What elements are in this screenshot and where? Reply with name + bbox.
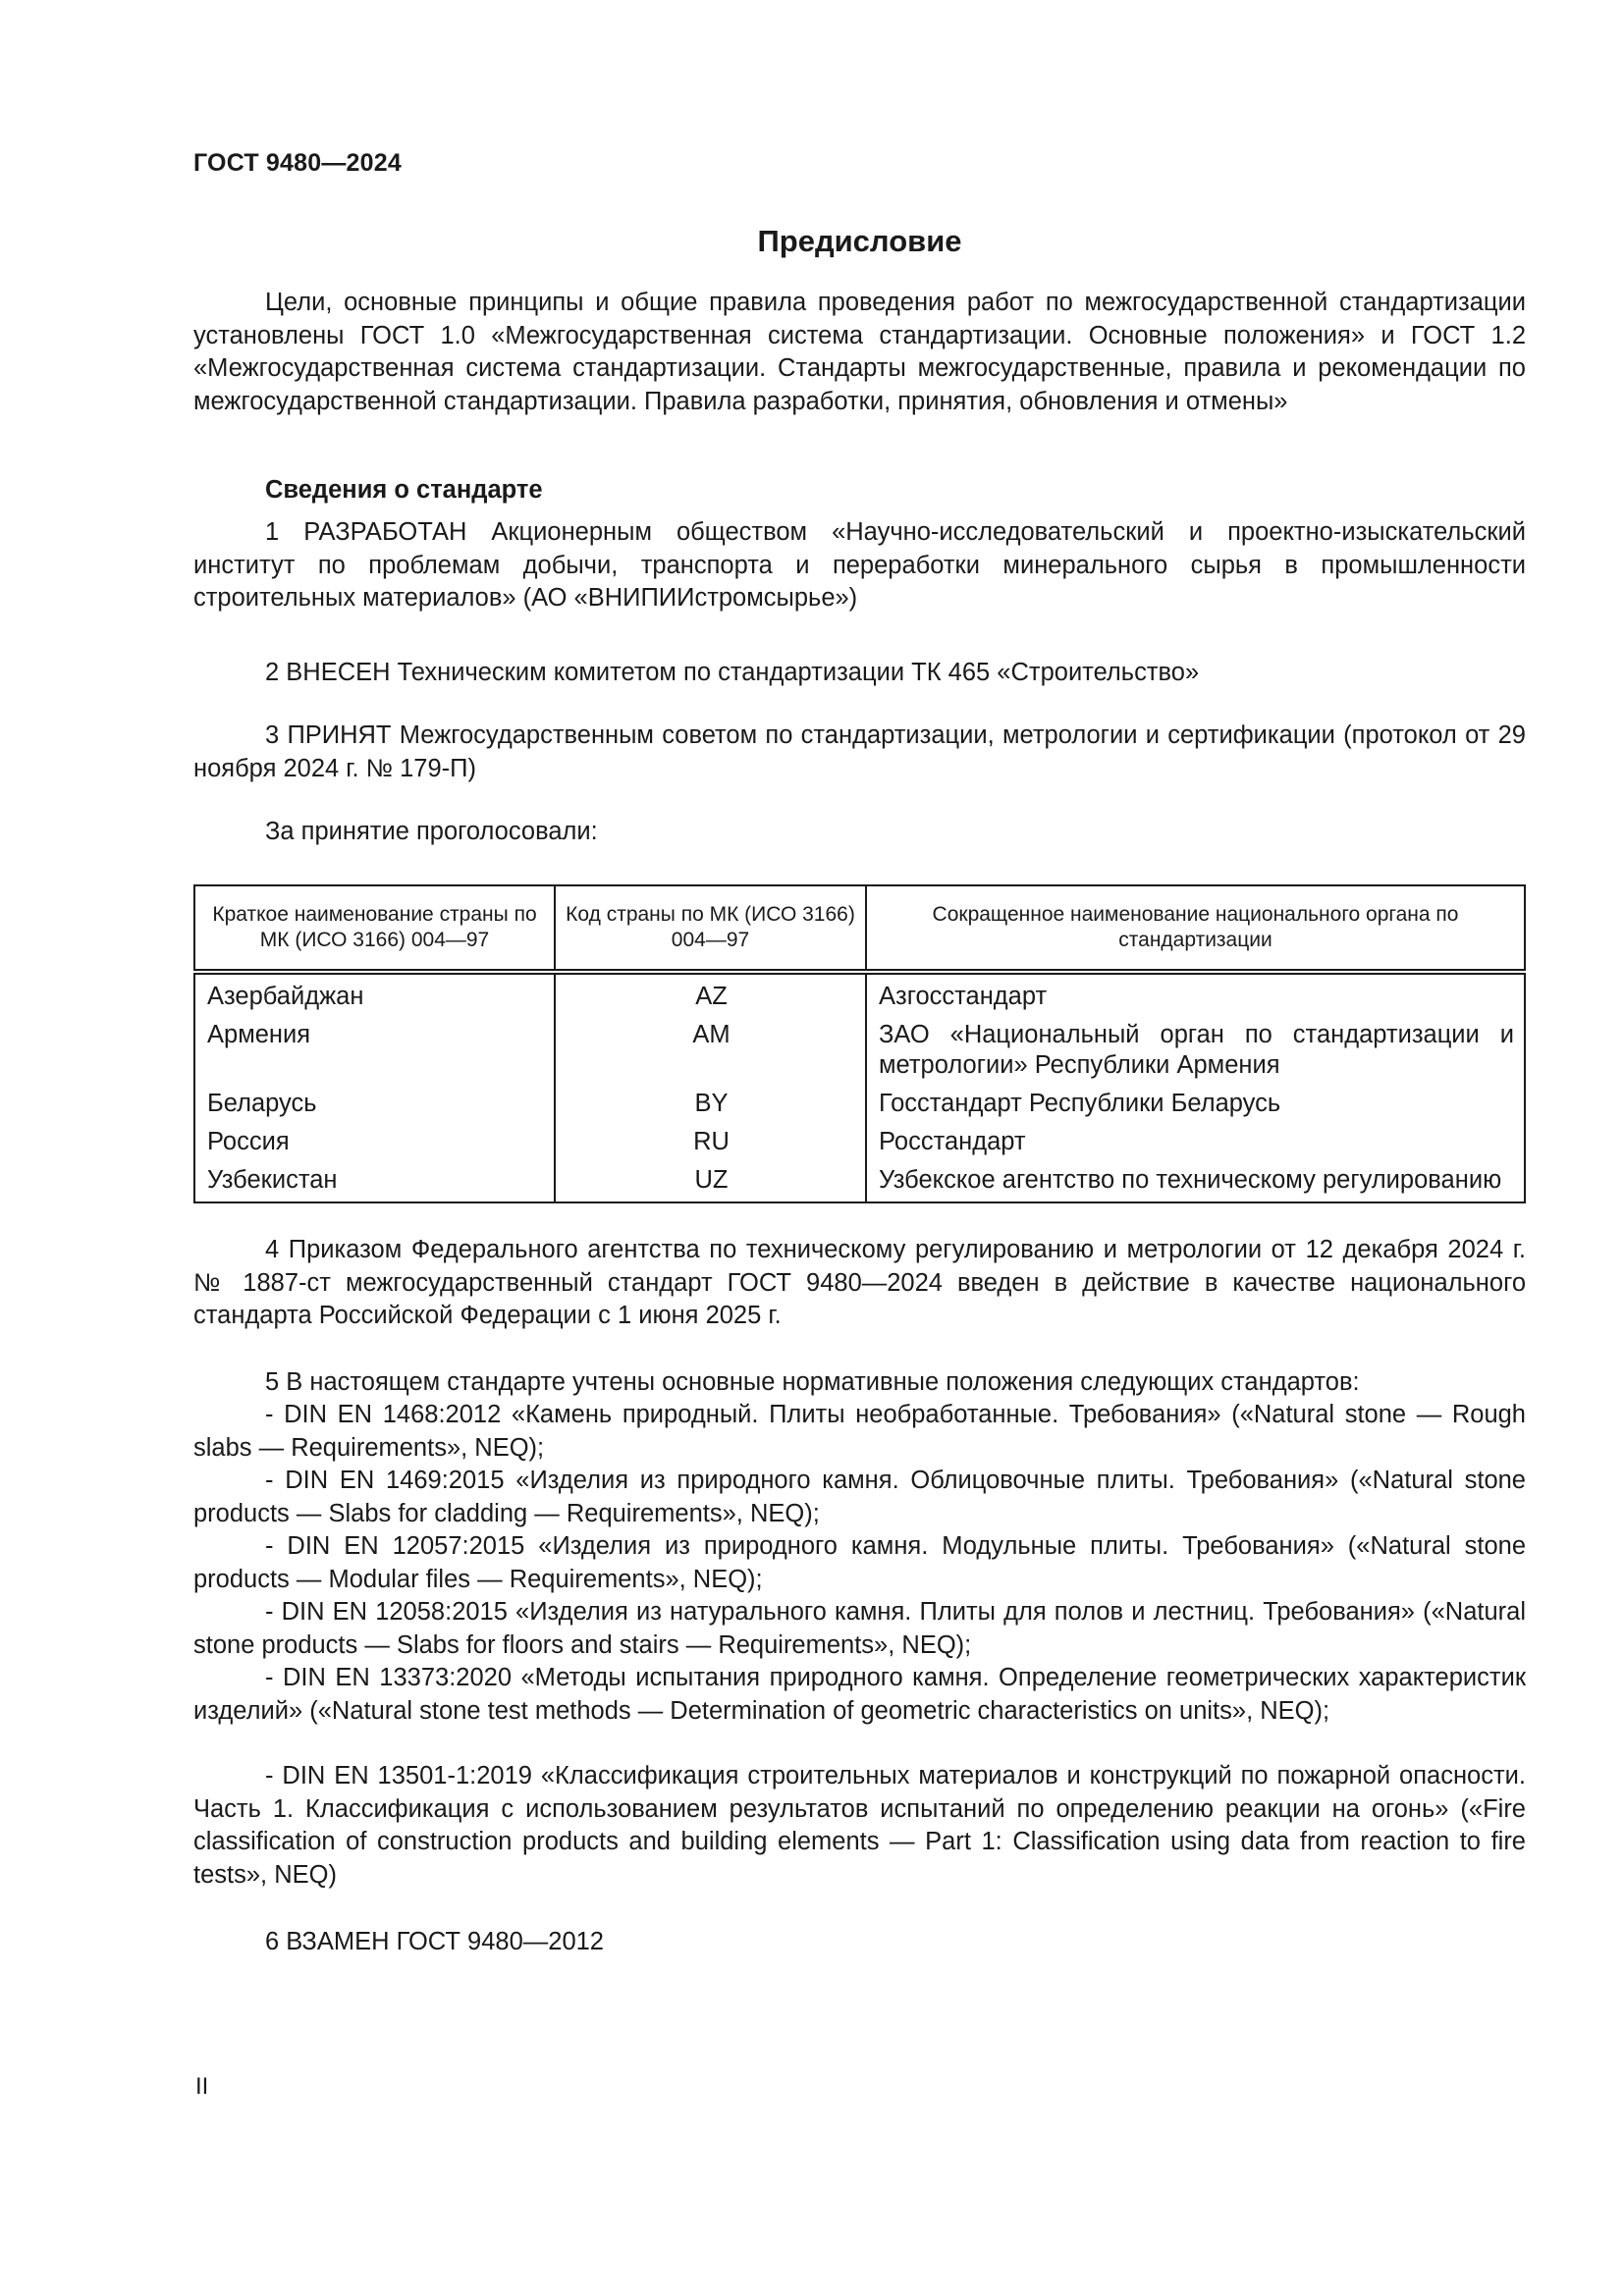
cell-standards-body: Росстандарт <box>866 1123 1525 1161</box>
document-code: ГОСТ 9480—2024 <box>193 149 402 178</box>
page-number: II <box>195 2073 208 2101</box>
item-2-submitted-by: 2 ВНЕСЕН Техническим комитетом по станда… <box>193 657 1526 690</box>
referenced-standard-item: - DIN EN 13373:2020 «Методы испытания пр… <box>193 1662 1526 1728</box>
voting-countries-table: Краткое наименование страны по МК (ИСО 3… <box>193 884 1526 1203</box>
referenced-standard-item: - DIN EN 1468:2012 «Камень природный. Пл… <box>193 1399 1526 1465</box>
voted-label: За принятие проголосовали: <box>193 816 1526 849</box>
cell-country: Узбекистан <box>194 1161 555 1202</box>
section-heading: Сведения о стандарте <box>265 476 543 505</box>
column-header-standards-body: Сокращенное наименование национального о… <box>866 885 1525 972</box>
column-header-country: Краткое наименование страны по МК (ИСО 3… <box>194 885 555 972</box>
item-6-replaces: 6 ВЗАМЕН ГОСТ 9480—2012 <box>193 1926 1526 1959</box>
table-header-row: Краткое наименование страны по МК (ИСО 3… <box>194 885 1525 972</box>
item-3-adopted-by: 3 ПРИНЯТ Межгосударственным советом по с… <box>193 720 1526 785</box>
cell-country: Беларусь <box>194 1085 555 1123</box>
item-4-enacted-by: 4 Приказом Федерального агентства по тех… <box>193 1234 1526 1333</box>
referenced-standard-item: - DIN EN 1469:2015 «Изделия из природног… <box>193 1465 1526 1530</box>
table-row: Армения AM ЗАО «Национальный орган по ст… <box>194 1016 1525 1085</box>
cell-code: AM <box>555 1016 866 1085</box>
cell-standards-body: Узбекское агентство по техническому регу… <box>866 1161 1525 1202</box>
column-header-code: Код страны по МК (ИСО 3166) 004—97 <box>555 885 866 972</box>
cell-code: AZ <box>555 972 866 1016</box>
referenced-standard-item: - DIN EN 13501-1:2019 «Классификация стр… <box>193 1760 1526 1892</box>
cell-country: Азербайджан <box>194 972 555 1016</box>
table-row: Узбекистан UZ Узбекское агентство по тех… <box>194 1161 1525 1202</box>
cell-standards-body: ЗАО «Национальный орган по стандартизаци… <box>866 1016 1525 1085</box>
table-row: Россия RU Росстандарт <box>194 1123 1525 1161</box>
item-5-intro: 5 В настоящем стандарте учтены основные … <box>193 1366 1526 1400</box>
item-1-developed-by: 1 РАЗРАБОТАН Акционерным обществом «Науч… <box>193 516 1526 615</box>
referenced-standard-item: - DIN EN 12058:2015 «Изделия из натураль… <box>193 1596 1526 1662</box>
cell-standards-body: Азгосстандарт <box>866 972 1525 1016</box>
cell-code: BY <box>555 1085 866 1123</box>
cell-country: Россия <box>194 1123 555 1161</box>
page-title: Предисловие <box>193 224 1526 259</box>
cell-code: UZ <box>555 1161 866 1202</box>
table-row: Беларусь BY Госстандарт Республики Белар… <box>194 1085 1525 1123</box>
table-row: Азербайджан AZ Азгосстандарт <box>194 972 1525 1016</box>
cell-code: RU <box>555 1123 866 1161</box>
cell-standards-body: Госстандарт Республики Беларусь <box>866 1085 1525 1123</box>
cell-country: Армения <box>194 1016 555 1085</box>
referenced-standard-item: - DIN EN 12057:2015 «Изделия из природно… <box>193 1530 1526 1596</box>
intro-paragraph: Цели, основные принципы и общие правила … <box>193 287 1526 418</box>
